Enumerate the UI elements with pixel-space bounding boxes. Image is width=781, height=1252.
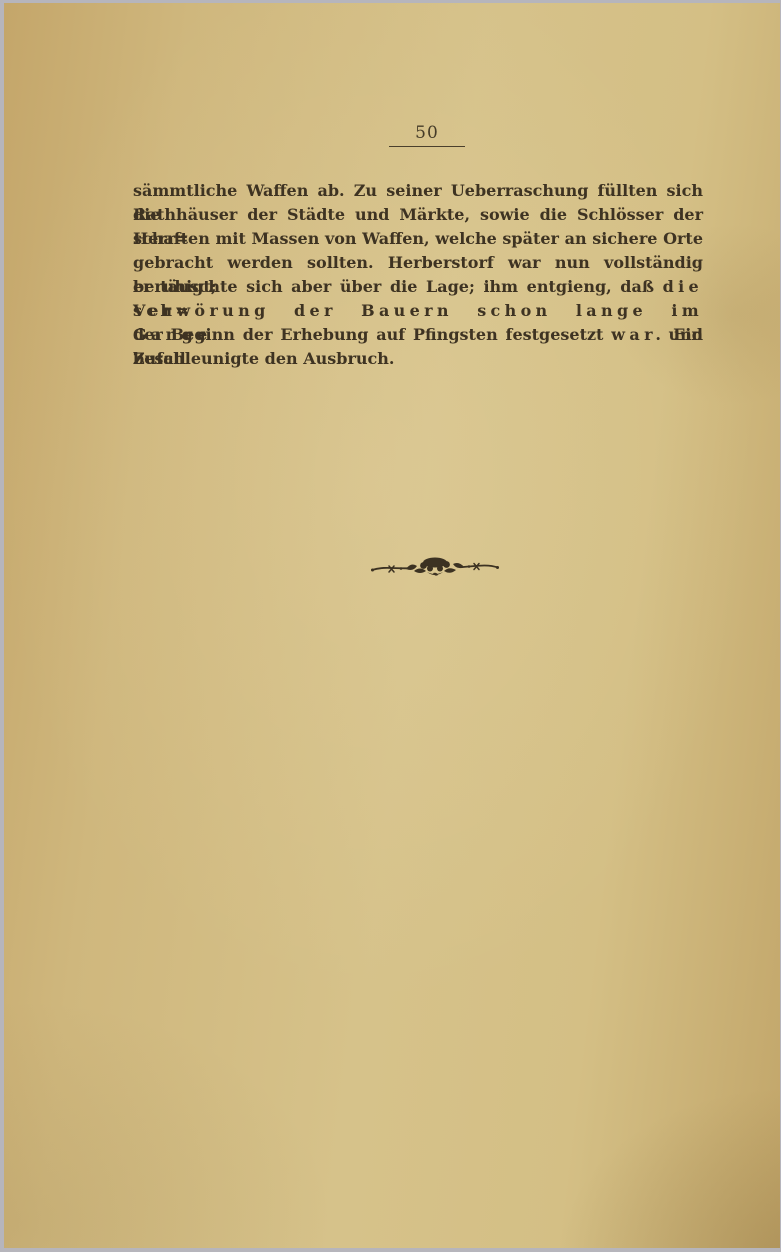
scanned-book-page: 50 sämmtliche Waffen ab. Zu seiner Ueber… [0,0,781,1252]
text-segment: beschleunigte den Ausbruch. [133,349,395,368]
text-line: sämmtliche Waffen ab. Zu seiner Ueberras… [133,179,703,203]
text-line: der Beginn der Erhebung auf Pfingsten fe… [133,323,703,347]
text-segment: der Beginn der Erhebung auf Pfingsten fe… [133,325,611,344]
text-line: schwörung der Bauern schon lange im Gang… [133,299,703,323]
page-number: 50 [142,123,712,143]
text-segment: schaften mit Massen von Waffen, welche s… [133,229,703,248]
text-line: schaften mit Massen von Waffen, welche s… [133,227,703,251]
body-paragraph: sämmtliche Waffen ab. Zu seiner Ueberras… [133,179,703,371]
text-line: Rathhäuser der Städte und Märkte, sowie … [133,203,703,227]
text-line: beschleunigte den Ausbruch. [133,347,703,371]
page-surface: 50 sämmtliche Waffen ab. Zu seiner Ueber… [4,3,780,1248]
page-number-block: 50 [142,123,712,147]
text-line: er täuschte sich aber über die Lage; ihm… [133,275,703,299]
text-segment-spaced: war. [611,325,665,344]
floral-divider-icon [370,552,500,580]
text-line: gebracht werden sollten. Herberstorf war… [133,251,703,275]
page-number-rule [389,146,465,147]
text-segment: er täuschte sich aber über die Lage; ihm… [133,277,663,296]
